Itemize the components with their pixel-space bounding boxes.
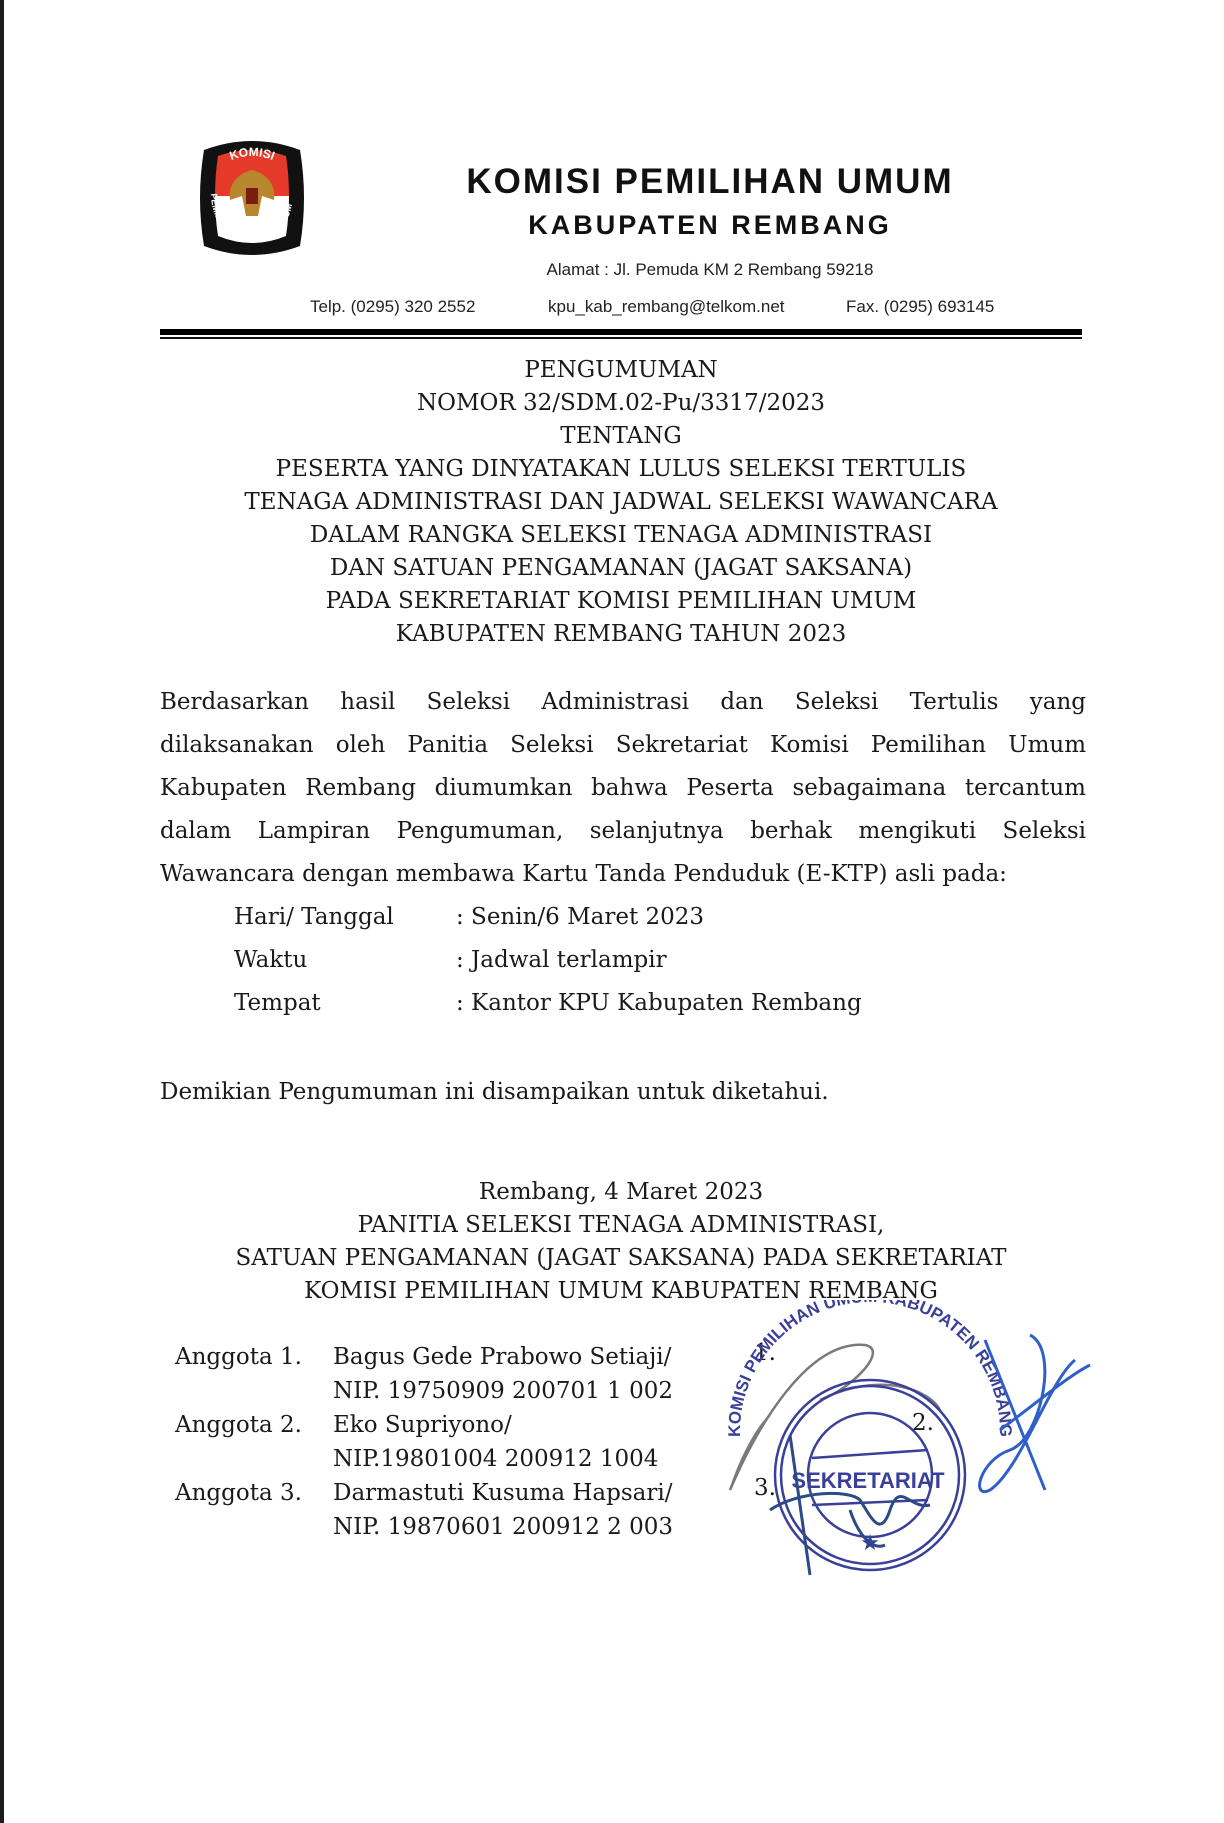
agency-subtitle: KABUPATEN REMBANG (380, 210, 1040, 241)
letterhead-divider-thick (160, 329, 1082, 335)
announcement-about: TENTANG (160, 420, 1082, 453)
committee-line: KOMISI PEMILIHAN UMUM KABUPATEN REMBANG (160, 1275, 1082, 1308)
detail-row-place: Tempat: Kantor KPU Kabupaten Rembang (234, 982, 862, 1025)
member-nip: NIP. 19750909 200701 1 002 (333, 1378, 673, 1404)
member-nip-row: NIP. 19750909 200701 1 002 (175, 1374, 673, 1408)
member-row: Anggota 1.Bagus Gede Prabowo Setiaji/ (175, 1340, 673, 1374)
announcement-type: PENGUMUMAN (160, 354, 1082, 387)
paragraph-line: Wawancara dengan membawa Kartu Tanda Pen… (160, 853, 1086, 896)
svg-text:2.: 2. (912, 1410, 934, 1436)
detail-value: : Jadwal terlampir (456, 947, 667, 973)
signature-number: 1. (754, 1340, 776, 1366)
member-name: Eko Supriyono/ (333, 1412, 512, 1438)
paragraph-line: Kabupaten Rembang diumumkan bahwa Pesert… (160, 767, 1086, 810)
detail-row-date: Hari/ Tanggal: Senin/6 Maret 2023 (234, 896, 862, 939)
announcement-number: NOMOR 32/SDM.02-Pu/3317/2023 (160, 387, 1082, 420)
paragraph-line: dilaksanakan oleh Panitia Seleksi Sekret… (160, 724, 1086, 767)
member-nip: NIP.19801004 200912 1004 (333, 1446, 658, 1472)
agency-phone: Telp. (0295) 320 2552 (310, 297, 475, 317)
place-date: Rembang, 4 Maret 2023 (160, 1176, 1082, 1209)
kpu-garuda-logo-icon: KOMISI PEMILIHAN UMUM (196, 136, 308, 261)
detail-value: : Kantor KPU Kabupaten Rembang (456, 990, 862, 1016)
detail-value: : Senin/6 Maret 2023 (456, 904, 704, 930)
page-left-edge (0, 0, 4, 1823)
announcement-subject-line: KABUPATEN REMBANG TAHUN 2023 (160, 618, 1082, 651)
paragraph-line: dalam Lampiran Pengumuman, selanjutnya b… (160, 810, 1086, 853)
svg-text:KOMISI PEMILIHAN UMUM KABUPATE: KOMISI PEMILIHAN UMUM KABUPATEN REMBANG (725, 1300, 1015, 1437)
member-name: Bagus Gede Prabowo Setiaji/ (333, 1344, 671, 1370)
member-label: Anggota 2. (175, 1408, 333, 1442)
announcement-heading: PENGUMUMAN NOMOR 32/SDM.02-Pu/3317/2023 … (160, 354, 1082, 651)
closing-sentence: Demikian Pengumuman ini disampaikan untu… (160, 1072, 829, 1112)
announcement-subject-line: DAN SATUAN PENGAMANAN (JAGAT SAKSANA) (160, 552, 1082, 585)
announcement-subject-line: PESERTA YANG DINYATAKAN LULUS SELEKSI TE… (160, 453, 1082, 486)
svg-text:★: ★ (860, 1531, 880, 1556)
member-label: Anggota 1. (175, 1340, 333, 1374)
committee-line: PANITIA SELEKSI TENAGA ADMINISTRASI, (160, 1209, 1082, 1242)
schedule-details: Hari/ Tanggal: Senin/6 Maret 2023 Waktu:… (234, 896, 862, 1025)
announcement-subject-line: TENAGA ADMINISTRASI DAN JADWAL SELEKSI W… (160, 486, 1082, 519)
agency-title: KOMISI PEMILIHAN UMUM (380, 162, 1040, 202)
member-label: Anggota 3. (175, 1476, 333, 1510)
agency-fax: Fax. (0295) 693145 (846, 297, 994, 317)
member-nip-row: NIP. 19870601 200912 2 003 (175, 1510, 673, 1544)
detail-row-time: Waktu: Jadwal terlampir (234, 939, 862, 982)
committee-members: Anggota 1.Bagus Gede Prabowo Setiaji/ NI… (175, 1340, 673, 1544)
signature-heading: Rembang, 4 Maret 2023 PANITIA SELEKSI TE… (160, 1176, 1082, 1308)
detail-label: Hari/ Tanggal (234, 896, 456, 939)
member-name: Darmastuti Kusuma Hapsari/ (333, 1480, 673, 1506)
agency-email: kpu_kab_rembang@telkom.net (548, 297, 785, 317)
announcement-subject-line: PADA SEKRETARIAT KOMISI PEMILIHAN UMUM (160, 585, 1082, 618)
announcement-subject-line: DALAM RANGKA SELEKSI TENAGA ADMINISTRASI (160, 519, 1082, 552)
member-nip-row: NIP.19801004 200912 1004 (175, 1442, 673, 1476)
member-row: Anggota 2.Eko Supriyono/ (175, 1408, 673, 1442)
svg-text:SEKRETARIAT: SEKRETARIAT (791, 1468, 945, 1493)
detail-label: Waktu (234, 939, 456, 982)
agency-address: Alamat : Jl. Pemuda KM 2 Rembang 59218 (380, 260, 1040, 280)
paragraph-line: Berdasarkan hasil Seleksi Administrasi d… (160, 681, 1086, 724)
letterhead-divider-thin (160, 337, 1082, 339)
member-nip: NIP. 19870601 200912 2 003 (333, 1514, 673, 1540)
detail-label: Tempat (234, 982, 456, 1025)
committee-line: SATUAN PENGAMANAN (JAGAT SAKSANA) PADA S… (160, 1242, 1082, 1275)
body-paragraph: Berdasarkan hasil Seleksi Administrasi d… (160, 681, 1086, 896)
member-row: Anggota 3.Darmastuti Kusuma Hapsari/ (175, 1476, 673, 1510)
signature-number: 3. (754, 1475, 776, 1501)
